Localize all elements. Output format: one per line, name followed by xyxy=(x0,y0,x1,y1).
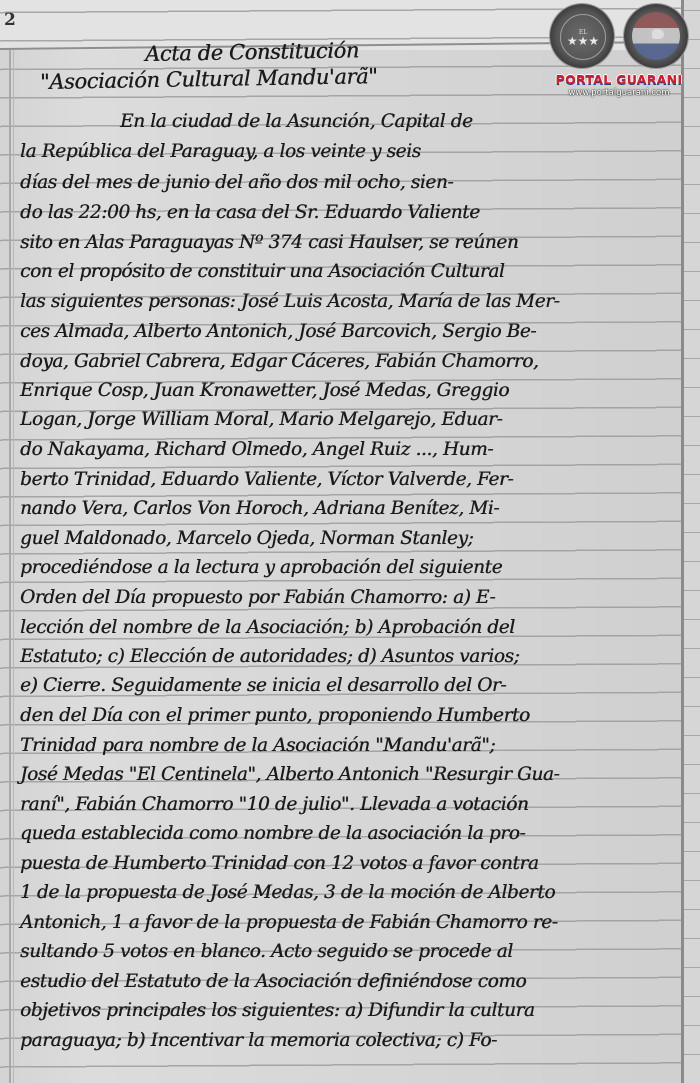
text-line: queda establecida como nombre de la asoc… xyxy=(20,823,525,844)
text-line: Enrique Cosp, Juan Kronawetter, José Med… xyxy=(20,380,509,401)
text-line: las siguientes personas: José Luis Acost… xyxy=(20,291,559,312)
text-line: do Nakayama, Richard Olmedo, Angel Ruiz … xyxy=(20,439,493,460)
text-line: procediéndose a la lectura y aprobación … xyxy=(20,557,502,578)
text-line: días del mes de junio del año dos mil oc… xyxy=(20,172,453,193)
text-line: doya, Gabriel Cabrera, Edgar Cáceres, Fa… xyxy=(20,351,538,372)
text-line: puesta de Humberto Trinidad con 12 votos… xyxy=(20,853,539,874)
text-line: guel Maldonado, Marcelo Ojeda, Norman St… xyxy=(20,528,473,549)
text-line: estudio del Estatuto de la Asociación de… xyxy=(20,971,526,992)
scanned-document-page: 2 EL ★★★ PORTAL GUARANI www.portalguaran… xyxy=(0,0,700,1083)
handwritten-text: Acta de Constitución "Asociación Cultura… xyxy=(0,0,700,1083)
text-line: Logan, Jorge William Moral, Mario Melgar… xyxy=(20,409,502,430)
text-line: den del Día con el primer punto, proponi… xyxy=(20,705,530,726)
text-line: con el propósito de constituir una Asoci… xyxy=(20,261,504,282)
text-line: Antonich, 1 a favor de la propuesta de F… xyxy=(20,912,558,933)
text-line: sito en Alas Paraguayas Nº 374 casi Haul… xyxy=(20,232,518,253)
text-line: paraguaya; b) Incentivar la memoria cole… xyxy=(20,1030,497,1051)
text-line: Orden del Día propuesto por Fabián Chamo… xyxy=(20,587,495,608)
text-line: objetivos principales los siguientes: a)… xyxy=(20,1000,535,1021)
text-line: berto Trinidad, Eduardo Valiente, Víctor… xyxy=(20,469,513,490)
text-line: José Medas "El Centinela", Alberto Anton… xyxy=(20,764,559,785)
text-line: 1 de la propuesta de José Medas, 3 de la… xyxy=(20,882,555,903)
text-line: nando Vera, Carlos Von Horoch, Adriana B… xyxy=(20,498,499,519)
document-title: Acta de Constitución xyxy=(145,38,359,66)
text-line: la República del Paraguay, a los veinte … xyxy=(20,141,421,162)
text-line: lección del nombre de la Asociación; b) … xyxy=(20,617,515,638)
text-line: e) Cierre. Seguidamente se inicia el des… xyxy=(20,675,506,696)
text-line: raní", Fabián Chamorro "10 de julio". Ll… xyxy=(20,794,528,815)
text-line: ces Almada, Alberto Antonich, José Barco… xyxy=(20,321,536,342)
text-line: Trinidad para nombre de la Asociación "M… xyxy=(20,735,495,756)
text-line: Estatuto; c) Elección de autoridades; d)… xyxy=(20,646,519,667)
text-line: do las 22:00 hs, en la casa del Sr. Edua… xyxy=(20,202,480,223)
document-subtitle: "Asociación Cultural Mandu'arã" xyxy=(40,64,378,94)
text-line: sultando 5 votos en blanco. Acto seguido… xyxy=(20,941,513,962)
text-line: En la ciudad de la Asunción, Capital de xyxy=(120,111,473,132)
